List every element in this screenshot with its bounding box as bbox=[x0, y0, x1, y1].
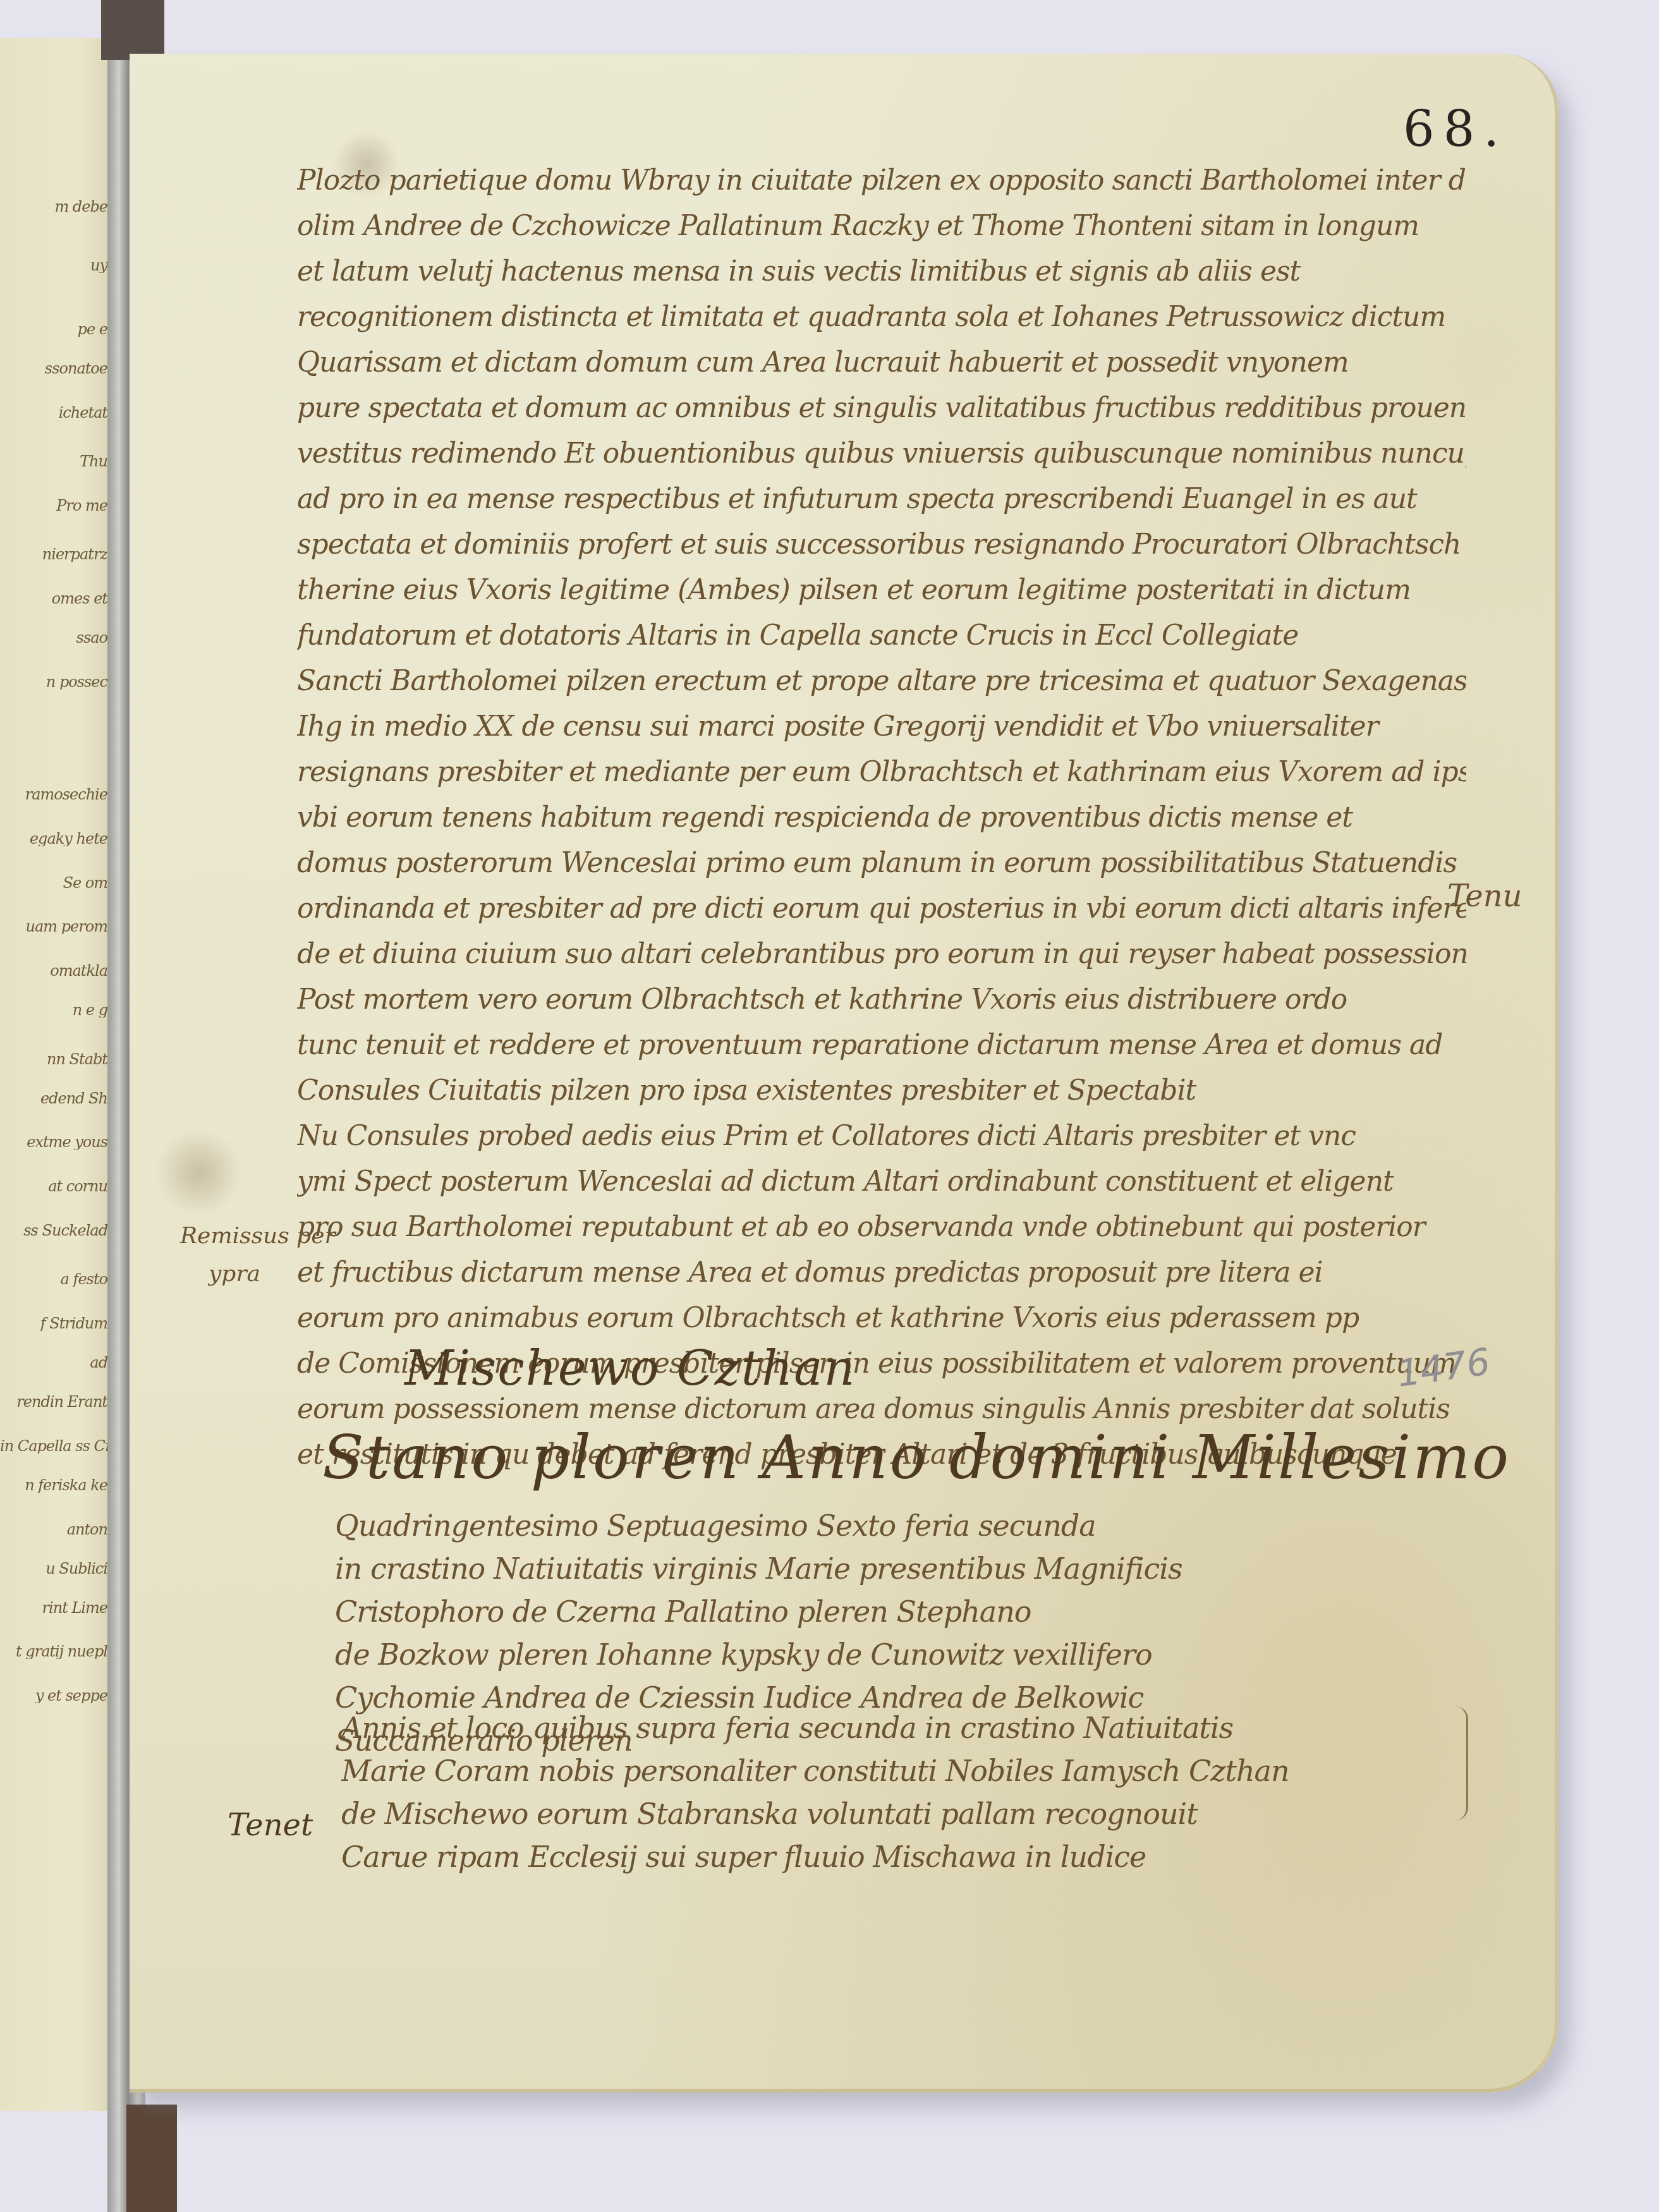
left-page-fragment: ramosechie bbox=[0, 786, 107, 802]
left-page-fragment: n e g bbox=[0, 1001, 107, 1018]
text-line: vbi eorum tenens habitum regendi respici… bbox=[297, 795, 1466, 841]
entry-opening: Stano ploren Anno domini Millesimo bbox=[322, 1422, 1510, 1493]
text-line: Quadringentesimo Septuagesimo Sexto feri… bbox=[335, 1504, 1473, 1547]
text-line: in crastino Natiuitatis virginis Marie p… bbox=[335, 1547, 1473, 1590]
text-line: de Bozkow pleren Iohanne kypsky de Cunow… bbox=[335, 1633, 1473, 1676]
left-page-fragment: omes et bbox=[0, 590, 107, 606]
left-page-fragment: uam perom bbox=[0, 918, 107, 934]
left-page-fragment: omatkla bbox=[0, 962, 107, 978]
left-page-verso: m debeuype essonatoeichetatThuPro menier… bbox=[0, 38, 114, 2111]
left-page-fragment: uy bbox=[0, 257, 107, 273]
text-line: domus posterorum Wenceslai primo eum pla… bbox=[297, 841, 1466, 886]
left-page-fragment: a festo bbox=[0, 1270, 107, 1287]
text-line: pro sua Bartholomei reputabunt et ab eo … bbox=[297, 1205, 1466, 1250]
text-line: therine eius Vxoris legitime (Ambes) pil… bbox=[297, 568, 1466, 613]
main-text-block: Plozto parietique domu Wbray in ciuitate… bbox=[297, 158, 1466, 1478]
text-line: Ihg in medio XX de censu sui marci posit… bbox=[297, 704, 1466, 750]
text-line: de Mischewo eorum Stabranska voluntati p… bbox=[341, 1792, 1479, 1835]
left-page-fragment: Pro me bbox=[0, 497, 107, 513]
left-page-fragment: pe e bbox=[0, 320, 107, 337]
left-page-fragment: in Capella ss Crucis bbox=[0, 1437, 107, 1454]
left-page-fragment: m debe bbox=[0, 198, 107, 214]
text-line: recognitionem distincta et limitata et q… bbox=[297, 295, 1466, 340]
text-line: tunc tenuit et reddere et proventuum rep… bbox=[297, 1023, 1466, 1068]
text-line: fundatorum et dotatoris Altaris in Capel… bbox=[297, 613, 1466, 659]
left-page-fragment: Thu bbox=[0, 453, 107, 469]
left-page-fragment: ss Suckelad bbox=[0, 1222, 107, 1238]
text-line: Marie Coram nobis personaliter constitut… bbox=[341, 1749, 1479, 1792]
text-line: Carue ripam Ecclesij sui super fluuio Mi… bbox=[341, 1835, 1479, 1878]
text-line: Annis et loco quibus supra feria secunda… bbox=[341, 1706, 1479, 1749]
text-line: pure spectata et domum ac omnibus et sin… bbox=[297, 386, 1466, 431]
left-page-fragment: n feriska ke bbox=[0, 1476, 107, 1493]
text-line: Quarissam et dictam domum cum Area lucra… bbox=[297, 340, 1466, 386]
text-line: Sancti Bartholomei pilzen erectum et pro… bbox=[297, 659, 1466, 704]
text-line: ymi Spect posterum Wenceslai ad dictum A… bbox=[297, 1159, 1466, 1205]
text-line: et latum velutj hactenus mensa in suis v… bbox=[297, 249, 1466, 295]
left-page-fragment: n possec bbox=[0, 673, 107, 690]
left-page-fragment: nn Stabt bbox=[0, 1050, 107, 1067]
left-page-fragment: Se om bbox=[0, 874, 107, 890]
text-line: ordinanda et presbiter ad pre dicti eoru… bbox=[297, 886, 1466, 932]
text-line: et fructibus dictarum mense Area et domu… bbox=[297, 1250, 1466, 1296]
left-page-fragment: y et seppe bbox=[0, 1687, 107, 1703]
left-page-fragment: ssao bbox=[0, 629, 107, 645]
text-line: eorum pro animabus eorum Olbrachtsch et … bbox=[297, 1296, 1466, 1341]
margin-note-right: Tenu bbox=[1447, 878, 1522, 914]
left-page-fragment: f Stridum bbox=[0, 1315, 107, 1331]
text-line: ad pro in ea mense respectibus et infutu… bbox=[297, 477, 1466, 522]
margin-note-left-1: Remissus per bbox=[180, 1223, 336, 1249]
margin-note-entry: Tenet bbox=[228, 1808, 313, 1843]
folio-number: 68. bbox=[1403, 101, 1508, 158]
text-line: olim Andree de Czchowicze Pallatinum Rac… bbox=[297, 204, 1466, 249]
left-page-fragment: extme yous bbox=[0, 1133, 107, 1150]
text-line: Nu Consules probed aedis eius Prim et Co… bbox=[297, 1114, 1466, 1159]
margin-note-left-2: ypra bbox=[209, 1261, 260, 1287]
text-line: Post mortem vero eorum Olbrachtsch et ka… bbox=[297, 977, 1466, 1023]
section-heading: Mischewo Czthan bbox=[404, 1340, 856, 1396]
text-line: spectata et dominiis profert et suis suc… bbox=[297, 522, 1466, 568]
left-page-fragment: ad bbox=[0, 1354, 107, 1370]
text-line: Consules Ciuitatis pilzen pro ipsa exist… bbox=[297, 1068, 1466, 1114]
left-page-fragment: u Sublici bbox=[0, 1560, 107, 1576]
left-page-fragment: ichetat bbox=[0, 404, 107, 420]
left-page-fragment: edend Sh bbox=[0, 1090, 107, 1106]
left-page-fragment: rint Lime bbox=[0, 1599, 107, 1615]
ink-stain bbox=[155, 1128, 243, 1217]
text-line: Cristophoro de Czerna Pallatino pleren S… bbox=[335, 1590, 1473, 1633]
left-page-fragment: t gratij nuepl bbox=[0, 1643, 107, 1659]
entry-text-block-2: Annis et loco quibus supra feria secunda… bbox=[341, 1706, 1479, 1878]
text-line: resignans presbiter et mediante per eum … bbox=[297, 750, 1466, 795]
left-page-fragment: rendin Erant bbox=[0, 1393, 107, 1409]
text-bracket bbox=[1454, 1706, 1468, 1820]
binding-tab-top bbox=[101, 0, 164, 60]
text-line: vestitus redimendo Et obuentionibus quib… bbox=[297, 431, 1466, 477]
left-page-fragment: egaky hete bbox=[0, 830, 107, 846]
left-page-fragment: ssonatoe bbox=[0, 360, 107, 376]
text-line: de et diuina ciuium suo altari celebrant… bbox=[297, 932, 1466, 977]
binding-tab-bottom bbox=[126, 2105, 177, 2212]
left-page-fragment: anton bbox=[0, 1521, 107, 1537]
left-page-fragment: nierpatrz bbox=[0, 545, 107, 562]
text-line: Plozto parietique domu Wbray in ciuitate… bbox=[297, 158, 1466, 204]
left-page-fragment: at cornu bbox=[0, 1177, 107, 1194]
